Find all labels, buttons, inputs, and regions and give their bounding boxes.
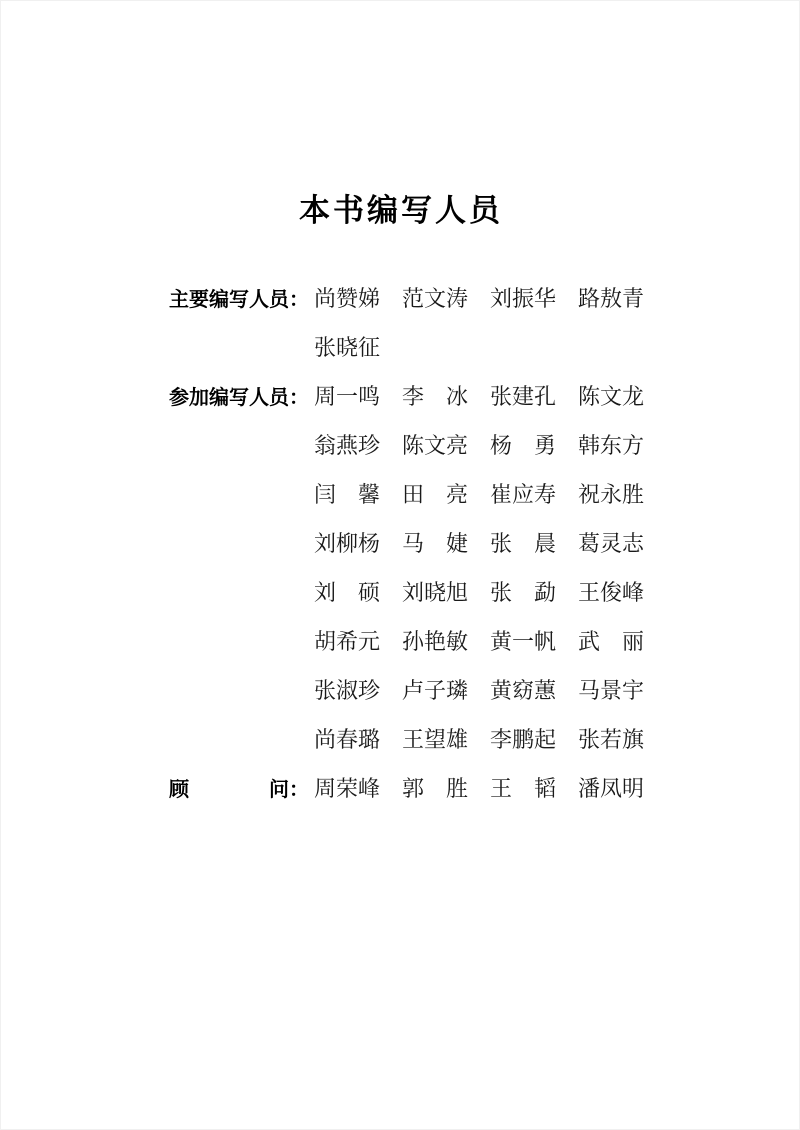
contributor-name: 王 韬 (490, 772, 556, 803)
contributor-row: 尚春璐 王望雄 李鹏起 张若旗 (169, 714, 644, 763)
contributor-name: 陈文龙 (578, 380, 644, 411)
contributor-name: 马景宇 (578, 674, 644, 705)
contributor-name: 杨 勇 (490, 429, 556, 460)
contributor-row: 闫 馨 田 亮 崔应寿 祝永胜 (169, 469, 644, 518)
name-group: 尚赞娣 范文涛 刘振华 路敖青 (314, 282, 644, 313)
document-page: 本书编写人员 主要编写人员： 尚赞娣 范文涛 刘振华 路敖青 张晓征 参加编写人… (0, 0, 800, 1130)
contributor-name: 李鹏起 (490, 723, 556, 754)
label-participating-editors: 参加编写人员： (169, 381, 314, 410)
contributor-row: 胡希元 孙艳敏 黄一帆 武 丽 (169, 616, 644, 665)
name-group: 周荣峰 郭 胜 王 韬 潘凤明 (314, 772, 644, 803)
label-participating-editors-text: 参加编写人员 (169, 381, 289, 410)
contributor-name: 周荣峰 (314, 772, 380, 803)
label-advisor: 顾 问： (169, 773, 314, 802)
contributor-row: 刘柳杨 马 婕 张 晨 葛灵志 (169, 518, 644, 567)
contributor-name: 田 亮 (402, 478, 468, 509)
contributor-row: 张晓征 (169, 322, 644, 371)
contributor-row: 刘 硕 刘晓旭 张 勐 王俊峰 (169, 567, 644, 616)
label-colon: ： (289, 779, 309, 801)
contributor-name: 翁燕珍 (314, 429, 380, 460)
contributor-name: 刘晓旭 (402, 576, 468, 607)
name-group: 刘 硕 刘晓旭 张 勐 王俊峰 (314, 576, 644, 607)
contributor-name: 祝永胜 (578, 478, 644, 509)
label-advisor-text: 顾 问 (169, 773, 289, 802)
contributor-name: 张晓征 (314, 331, 380, 362)
name-group: 尚春璐 王望雄 李鹏起 张若旗 (314, 723, 644, 754)
page-title: 本书编写人员 (1, 185, 800, 230)
contributor-roster: 主要编写人员： 尚赞娣 范文涛 刘振华 路敖青 张晓征 参加编写人员： 周一鸣 … (169, 273, 644, 812)
contributor-name: 路敖青 (578, 282, 644, 313)
contributor-name: 韩东方 (578, 429, 644, 460)
name-group: 张淑珍 卢子璘 黄窈蕙 马景宇 (314, 674, 644, 705)
contributor-name: 马 婕 (402, 527, 468, 558)
name-group: 周一鸣 李 冰 张建孔 陈文龙 (314, 380, 644, 411)
contributor-name: 刘柳杨 (314, 527, 380, 558)
contributor-name: 尚赞娣 (314, 282, 380, 313)
contributor-name: 葛灵志 (578, 527, 644, 558)
contributor-name: 崔应寿 (490, 478, 556, 509)
contributor-row: 主要编写人员： 尚赞娣 范文涛 刘振华 路敖青 (169, 273, 644, 322)
contributor-name: 刘振华 (490, 282, 556, 313)
contributor-row: 顾 问： 周荣峰 郭 胜 王 韬 潘凤明 (169, 763, 644, 812)
contributor-name: 张 勐 (490, 576, 556, 607)
contributor-name: 尚春璐 (314, 723, 380, 754)
contributor-name: 张建孔 (490, 380, 556, 411)
contributor-name: 张淑珍 (314, 674, 380, 705)
contributor-name: 潘凤明 (578, 772, 644, 803)
contributor-name: 李 冰 (402, 380, 468, 411)
contributor-row: 参加编写人员： 周一鸣 李 冰 张建孔 陈文龙 (169, 371, 644, 420)
name-group: 刘柳杨 马 婕 张 晨 葛灵志 (314, 527, 644, 558)
contributor-name: 黄一帆 (490, 625, 556, 656)
contributor-name: 王俊峰 (578, 576, 644, 607)
contributor-name: 武 丽 (578, 625, 644, 656)
contributor-name: 黄窈蕙 (490, 674, 556, 705)
label-colon: ： (289, 289, 309, 311)
label-main-editors: 主要编写人员： (169, 283, 314, 312)
label-main-editors-text: 主要编写人员 (169, 283, 289, 312)
contributor-name: 张 晨 (490, 527, 556, 558)
contributor-row: 翁燕珍 陈文亮 杨 勇 韩东方 (169, 420, 644, 469)
contributor-name: 孙艳敏 (402, 625, 468, 656)
contributor-name: 卢子璘 (402, 674, 468, 705)
contributor-name: 刘 硕 (314, 576, 380, 607)
contributor-name: 陈文亮 (402, 429, 468, 460)
label-colon: ： (289, 387, 309, 409)
contributor-name: 范文涛 (402, 282, 468, 313)
name-group: 张晓征 (314, 331, 380, 362)
contributor-name: 张若旗 (578, 723, 644, 754)
contributor-name: 周一鸣 (314, 380, 380, 411)
contributor-row: 张淑珍 卢子璘 黄窈蕙 马景宇 (169, 665, 644, 714)
contributor-name: 闫 馨 (314, 478, 380, 509)
contributor-name: 王望雄 (402, 723, 468, 754)
name-group: 闫 馨 田 亮 崔应寿 祝永胜 (314, 478, 644, 509)
contributor-name: 郭 胜 (402, 772, 468, 803)
name-group: 胡希元 孙艳敏 黄一帆 武 丽 (314, 625, 644, 656)
name-group: 翁燕珍 陈文亮 杨 勇 韩东方 (314, 429, 644, 460)
contributor-name: 胡希元 (314, 625, 380, 656)
